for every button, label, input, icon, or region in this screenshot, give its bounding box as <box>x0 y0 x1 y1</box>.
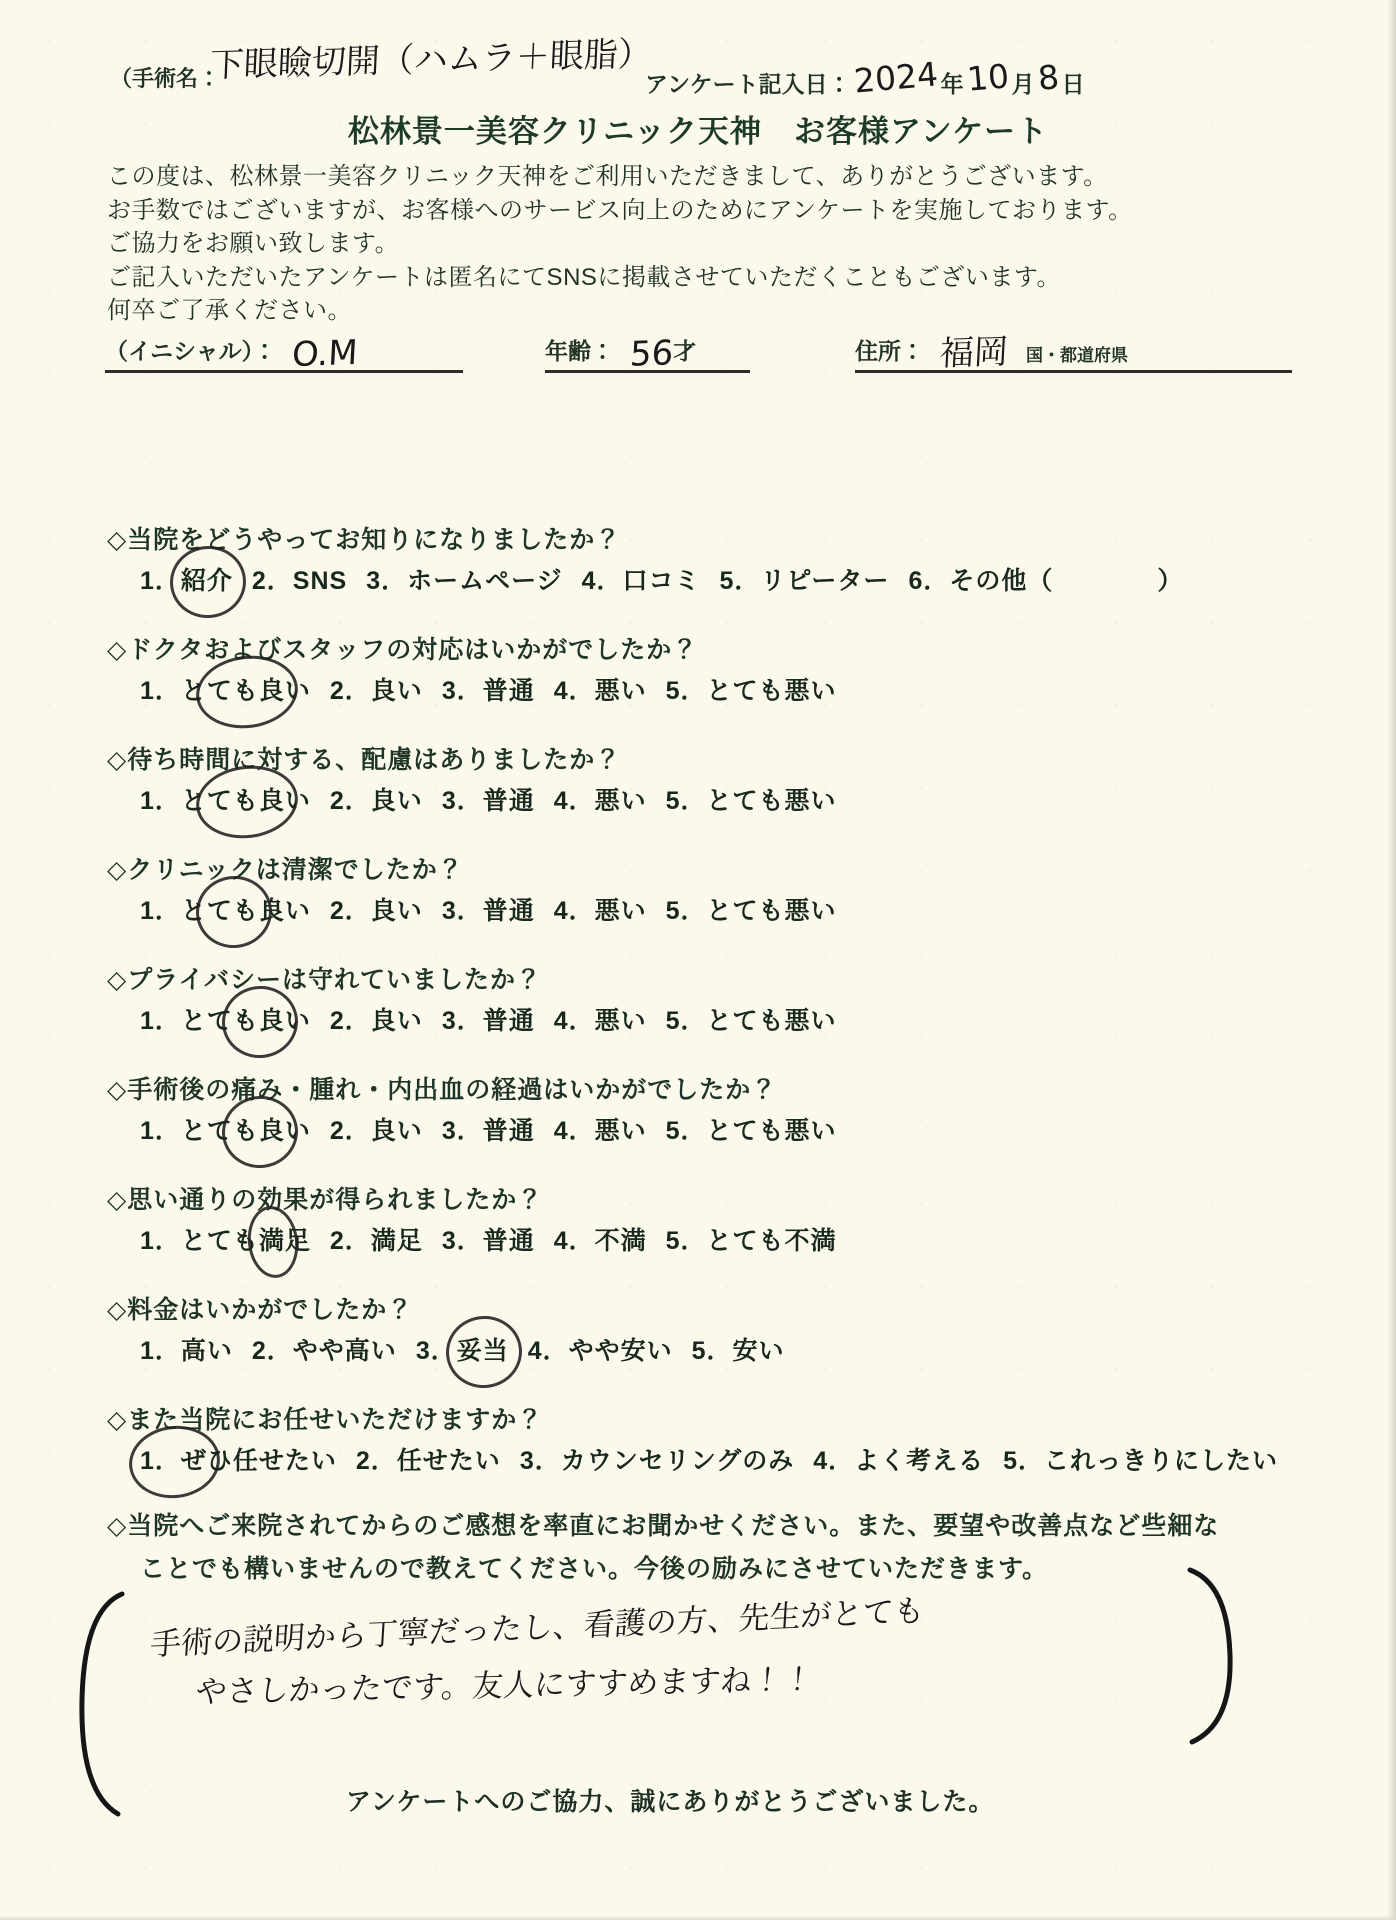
q3-option-1-circled: 1．とても良い <box>140 781 311 817</box>
surgery-name-handwritten: 下眼瞼切開（ハムラ＋眼脂） <box>209 26 653 87</box>
question-heading-3: ◇待ち時間に対する、配慮はありましたか？ <box>107 740 621 776</box>
question-heading-4: ◇クリニックは清潔でしたか？ <box>107 850 464 886</box>
question-options-8: 1．高い2．やや高い3．妥当4．やや安い5．安い <box>140 1331 804 1367</box>
handwritten-comment-line1: 手術の説明から丁寧だったし、看護の方、先生がとても <box>149 1585 926 1664</box>
question-options-5: 1．とても良い2．良い3．普通4．悪い5．とても悪い <box>140 1001 856 1037</box>
q8-option-2: 2．やや高い <box>252 1331 397 1367</box>
q4-option-2: 2．良い <box>330 891 423 927</box>
question-heading-2: ◇ドクタおよびスタッフの対応はいかがでしたか？ <box>107 630 698 666</box>
initials-value-handwritten: O.M <box>291 333 359 375</box>
q5-option-2: 2．良い <box>330 1001 423 1037</box>
survey-scan-page: （手術名： 下眼瞼切開（ハムラ＋眼脂） アンケート記入日： 2024 年 10 … <box>0 0 1396 1920</box>
q3-option-2: 2．良い <box>330 781 423 817</box>
handwritten-comment-line2: やさしかったです。友人にすすめますね！！ <box>194 1653 815 1711</box>
question-options-6: 1．とても良い2．良い3．普通4．悪い5．とても悪い <box>140 1111 856 1147</box>
q7-option-4: 4．不満 <box>554 1221 647 1257</box>
question-options-2: 1．とても良い2．良い3．普通4．悪い5．とても悪い <box>140 671 856 707</box>
q5-option-4: 4．悪い <box>554 1001 647 1037</box>
q1-option-6: 6．その他（ ） <box>908 561 1183 597</box>
q4-option-3: 3．普通 <box>442 891 535 927</box>
intro-line-3: ご協力をお願い致します。 <box>107 227 1133 261</box>
thanks-message: アンケートへのご協力、誠にありがとうございました。 <box>0 1782 1340 1818</box>
address-field: 住所： 福岡 国・都道府県 <box>855 328 1292 373</box>
question-options-3: 1．とても良い2．良い3．普通4．悪い5．とても悪い <box>140 781 856 817</box>
feedback-prompt-line1: ◇当院へご来院されてからのご感想を率直にお聞かせください。また、要望や改善点など… <box>107 1506 1219 1542</box>
intro-paragraph: この度は、松林景一美容クリニック天神をご利用いただきまして、ありがとうございます… <box>107 160 1133 328</box>
q8-option-5: 5．安い <box>692 1331 785 1367</box>
q6-option-1-circled: 1．とても良い <box>140 1111 311 1147</box>
question-options-7: 1．とても満足2．満足3．普通4．不満5．とても不満 <box>140 1221 856 1257</box>
q6-option-4: 4．悪い <box>554 1111 647 1147</box>
question-options-9: 1．ぜひ任せたい2．任せたい3．カウンセリングのみ4．よく考える5．これっきりに… <box>140 1441 1297 1477</box>
question-heading-5: ◇プライバシーは守れていましたか？ <box>107 960 542 996</box>
q3-option-5: 5．とても悪い <box>666 781 837 817</box>
scan-edge-shadow-bottom <box>0 1916 1396 1920</box>
initials-label: （イニシャル）： <box>105 333 276 370</box>
q9-option-2: 2．任せたい <box>356 1441 501 1477</box>
initials-field: （イニシャル）： O.M <box>105 328 463 373</box>
q4-option-4: 4．悪い <box>554 891 647 927</box>
age-label: 年齢： <box>545 333 614 370</box>
right-bracket-mark <box>1182 1566 1242 1748</box>
q2-option-4: 4．悪い <box>554 671 647 707</box>
q5-option-3: 3．普通 <box>442 1001 535 1037</box>
q2-option-5: 5．とても悪い <box>666 671 837 707</box>
q7-option-3: 3．普通 <box>442 1221 535 1257</box>
q9-option-3: 3．カウンセリングのみ <box>520 1441 794 1477</box>
q9-option-4: 4．よく考える <box>813 1441 984 1477</box>
survey-date-day-unit: 日 <box>1062 58 1085 99</box>
q8-option-3-circled: 3．妥当 <box>416 1331 509 1367</box>
q2-option-1-circled: 1．とても良い <box>140 671 311 707</box>
handwritten-selection-circle <box>442 1312 526 1393</box>
question-heading-6: ◇手術後の痛み・腫れ・内出血の経過はいかがでしたか？ <box>107 1070 777 1106</box>
intro-line-2: お手数ではございますが、お客様へのサービス向上のためにアンケートを実施しておりま… <box>107 194 1133 228</box>
surgery-name-label: （手術名： <box>110 62 220 93</box>
intro-line-4: ご記入いただいたアンケートは匿名にてSNSに掲載させていただくこともございます。 <box>107 261 1133 295</box>
question-heading-1: ◇当院をどうやってお知りになりましたか？ <box>107 520 621 556</box>
survey-date-month-unit: 月 <box>1012 58 1035 99</box>
address-note: 国・都道府県 <box>1026 341 1128 370</box>
age-field: 年齢： 56 才 <box>545 328 750 373</box>
q7-option-1-circled: 1．とても満足 <box>140 1221 311 1257</box>
q1-option-1-circled: 1．紹介 <box>140 561 233 597</box>
form-title: 松林景一美容クリニック天神 お客様アンケート <box>0 106 1396 151</box>
q1-option-4: 4．口コミ <box>582 561 701 597</box>
scan-edge-shadow-right <box>1387 0 1396 1920</box>
age-value-handwritten: 56 <box>629 333 674 375</box>
q5-option-5: 5．とても悪い <box>666 1001 837 1037</box>
q1-option-3: 3．ホームページ <box>366 561 562 597</box>
q4-option-1-circled: 1．とても良い <box>140 891 311 927</box>
intro-line-1: この度は、松林景一美容クリニック天神をご利用いただきまして、ありがとうございます… <box>107 160 1133 194</box>
q8-option-1: 1．高い <box>140 1331 233 1367</box>
q7-option-2: 2．満足 <box>330 1221 423 1257</box>
survey-date-year-handwritten: 2024 <box>852 54 939 100</box>
q7-option-5: 5．とても不満 <box>666 1221 837 1257</box>
q8-option-4: 4．やや安い <box>528 1331 673 1367</box>
q1-option-5: 5．リピーター <box>720 561 890 597</box>
survey-date-day-handwritten: 8 <box>1036 57 1060 98</box>
question-options-4: 1．とても良い2．良い3．普通4．悪い5．とても悪い <box>140 891 856 927</box>
intro-line-5: 何卒ご了承ください。 <box>107 294 1133 328</box>
q5-option-1-circled: 1．とても良い <box>140 1001 311 1037</box>
q3-option-4: 4．悪い <box>554 781 647 817</box>
survey-date-row: アンケート記入日： 2024 年 10 月 8 日 <box>645 58 1085 99</box>
q9-option-5: 5．これっきりにしたい <box>1003 1441 1278 1477</box>
question-heading-7: ◇思い通りの効果が得られましたか？ <box>107 1180 543 1216</box>
q6-option-2: 2．良い <box>330 1111 423 1147</box>
q2-option-2: 2．良い <box>330 671 423 707</box>
address-value-handwritten: 福岡 <box>939 324 1010 375</box>
q4-option-5: 5．とても悪い <box>666 891 837 927</box>
q1-option-2: 2．SNS <box>252 561 347 597</box>
q3-option-3: 3．普通 <box>442 781 535 817</box>
survey-date-year-unit: 年 <box>941 58 964 99</box>
survey-date-label: アンケート記入日： <box>645 58 851 99</box>
feedback-prompt-line2: ことでも構いませんので教えてください。今後の励みにさせていただきます。 <box>140 1549 1048 1585</box>
address-label: 住所： <box>855 333 924 370</box>
survey-date-month-handwritten: 10 <box>965 56 1010 99</box>
q9-option-1-circled: 1．ぜひ任せたい <box>140 1441 337 1477</box>
q6-option-5: 5．とても悪い <box>666 1111 837 1147</box>
question-heading-8: ◇料金はいかがでしたか？ <box>107 1290 413 1326</box>
q6-option-3: 3．普通 <box>442 1111 535 1147</box>
question-options-1: 1．紹介2．SNS3．ホームページ4．口コミ5．リピーター6．その他（ ） <box>140 561 1202 597</box>
age-unit: 才 <box>673 333 696 370</box>
q2-option-3: 3．普通 <box>442 671 535 707</box>
